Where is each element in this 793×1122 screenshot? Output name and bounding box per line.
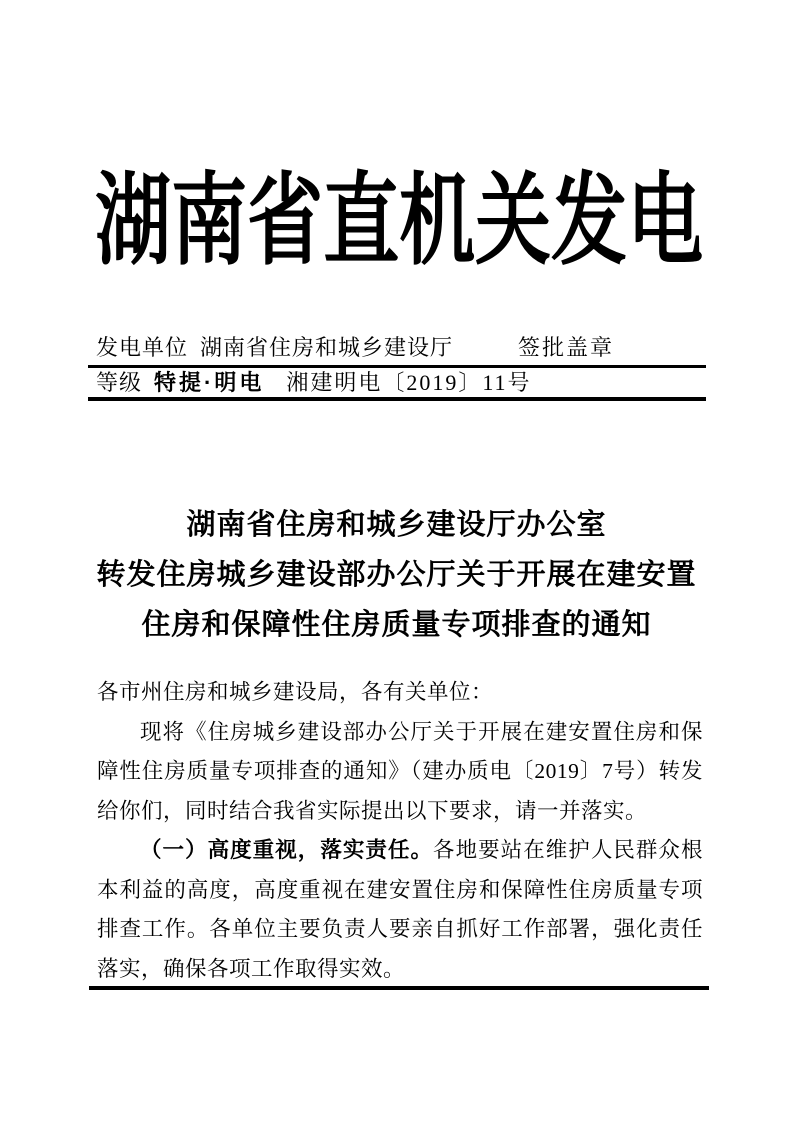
- signature-stamp-label: 签批盖章: [518, 337, 614, 359]
- document-title-line-3: 住房和保障性住房质量专项排查的通知: [0, 600, 793, 650]
- header-row-issuing-unit: 发电单位 湖南省住房和城乡建设厅 签批盖章: [88, 331, 706, 368]
- document-number: 湘建明电〔2019〕11号: [286, 372, 531, 394]
- document-title-line-2: 转发住房城乡建设部办公厅关于开展在建安置: [0, 550, 793, 600]
- masthead-title: 湖南省直机关发电: [95, 158, 698, 288]
- body-paragraph-2-bold-lead: （一）高度重视，落实责任。: [140, 838, 433, 862]
- body-paragraph-1-text: 现将《住房城乡建设部办公厅关于开展在建安置住房和保障性住房质量专项排查的通知》（…: [97, 720, 703, 823]
- issuing-unit-label: 发电单位: [96, 337, 188, 359]
- body-paragraph-2: （一）高度重视，落实责任。各地要站在维护人民群众根本利益的高度，高度重视在建安置…: [97, 831, 703, 989]
- bottom-rule: [89, 986, 709, 990]
- document-title-line-1: 湖南省住房和城乡建设厅办公室: [0, 500, 793, 550]
- body-paragraph-1: 现将《住房城乡建设部办公厅关于开展在建安置住房和保障性住房质量专项排查的通知》（…: [97, 713, 703, 832]
- header-row-grade: 等级 特提·明电 湘建明电〔2019〕11号: [88, 368, 706, 401]
- document-body: 各市州住房和城乡建设局，各有关单位： 现将《住房城乡建设部办公厅关于开展在建安置…: [97, 673, 703, 989]
- salutation-line: 各市州住房和城乡建设局，各有关单位：: [97, 673, 703, 713]
- issuing-unit-value: 湖南省住房和城乡建设厅: [200, 337, 453, 359]
- grade-value: 特提·明电: [154, 372, 264, 394]
- header-fields-table: 发电单位 湖南省住房和城乡建设厅 签批盖章 等级 特提·明电 湘建明电〔2019…: [88, 331, 706, 401]
- document-page: 湖南省直机关发电 发电单位 湖南省住房和城乡建设厅 签批盖章 等级 特提·明电 …: [0, 0, 793, 1122]
- grade-label: 等级: [96, 372, 142, 394]
- document-title: 湖南省住房和城乡建设厅办公室 转发住房城乡建设部办公厅关于开展在建安置 住房和保…: [0, 500, 793, 650]
